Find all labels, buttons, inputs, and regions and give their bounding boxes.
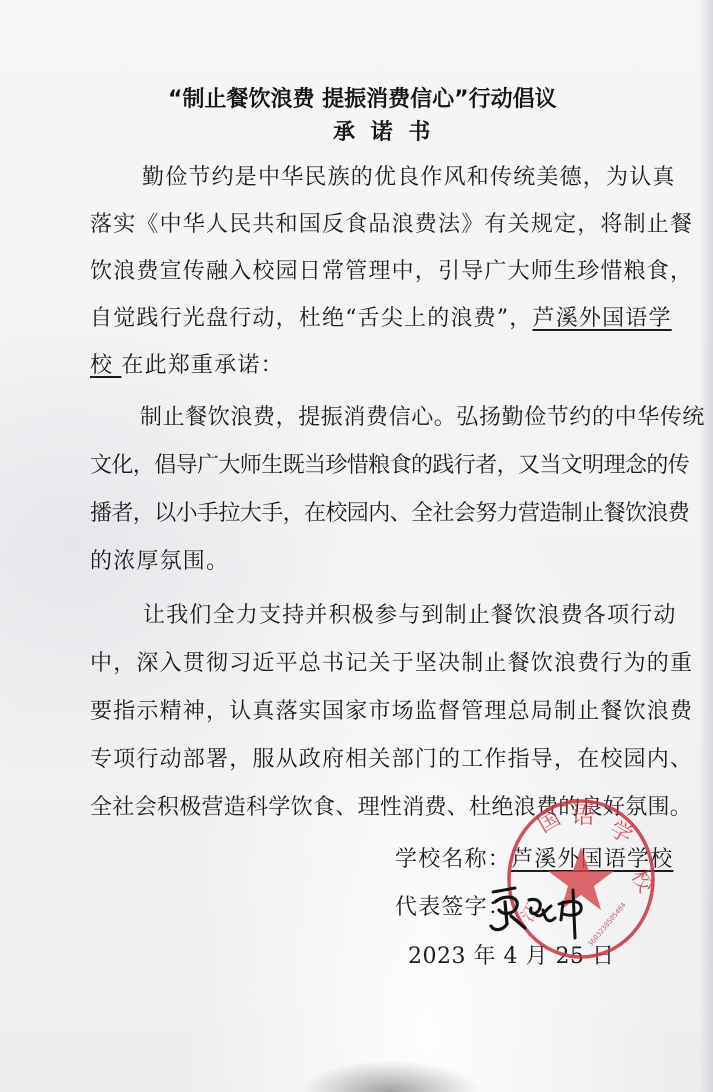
- representative-signature-label: 代表签字：: [395, 895, 511, 921]
- document-title: “制止餐饮浪费 提振消费信心”行动倡议: [168, 82, 557, 113]
- paragraph1-closing: 在此郑重承诺：: [121, 353, 283, 378]
- paragraph3-line2: 中，深入贯彻习近平总书记关于坚决制止餐饮浪费行为的重: [90, 651, 693, 677]
- school-name-inline-part2: 校: [90, 353, 121, 378]
- document-date: 2023 年 4 月 25 日: [408, 944, 614, 970]
- school-name-value: 芦溪外国语学校: [511, 847, 673, 872]
- document-subtitle: 承 诺 书: [333, 115, 434, 146]
- paragraph2-line2: 文化，倡导广大师生既当珍惜粮食的践行者，又当文明理念的传: [90, 453, 689, 479]
- paragraph2-line4: 的浓厚氛围。: [90, 549, 229, 575]
- scanned-paper: [0, 0, 713, 1092]
- school-name-inline-part1: 芦溪外国语学: [533, 306, 672, 331]
- paragraph3-line5: 全社会积极营造科学饮食、理性消费、杜绝浪费的良好氛围。: [90, 795, 692, 821]
- paragraph1-line4: 自觉践行光盘行动，杜绝“舌尖上的浪费”，芦溪外国语学: [90, 306, 672, 332]
- paragraph1-line3: 饮浪费宣传融入校园日常管理中，引导广大师生珍惜粮食，: [90, 259, 693, 285]
- paragraph1-line2: 落实《中华人民共和国反食品浪费法》有关规定，将制止餐: [90, 212, 693, 238]
- paragraph3-line3: 要指示精神，认真落实国家市场监督管理总局制止餐饮浪费: [90, 699, 693, 725]
- paragraph2-line3: 播者，以小手拉大手，在校园内、全社会努力营造制止餐饮浪费: [90, 501, 689, 527]
- paragraph1-line1: 勤俭节约是中华民族的优良作风和传统美德，为认真: [142, 165, 676, 191]
- paragraph3-line4: 专项行动部署，服从政府相关部门的工作指导，在校园内、: [90, 747, 693, 773]
- paragraph2-line1: 制止餐饮浪费，提振消费信心。弘扬勤俭节约的中华传统: [140, 405, 705, 431]
- school-name-label: 学校名称：: [395, 847, 511, 872]
- school-name-row: 学校名称：芦溪外国语学校: [395, 847, 673, 873]
- paragraph1-line4-text: 自觉践行光盘行动，杜绝“舌尖上的浪费”，: [90, 306, 533, 331]
- paper-edge-shadow: [699, 0, 713, 1092]
- paragraph3-line1: 让我们全力支持并积极参与到制止餐饮浪费各项行动: [143, 603, 677, 629]
- scan-shadow: [300, 1060, 480, 1092]
- paragraph1-line5: 校 在此郑重承诺：: [90, 353, 284, 379]
